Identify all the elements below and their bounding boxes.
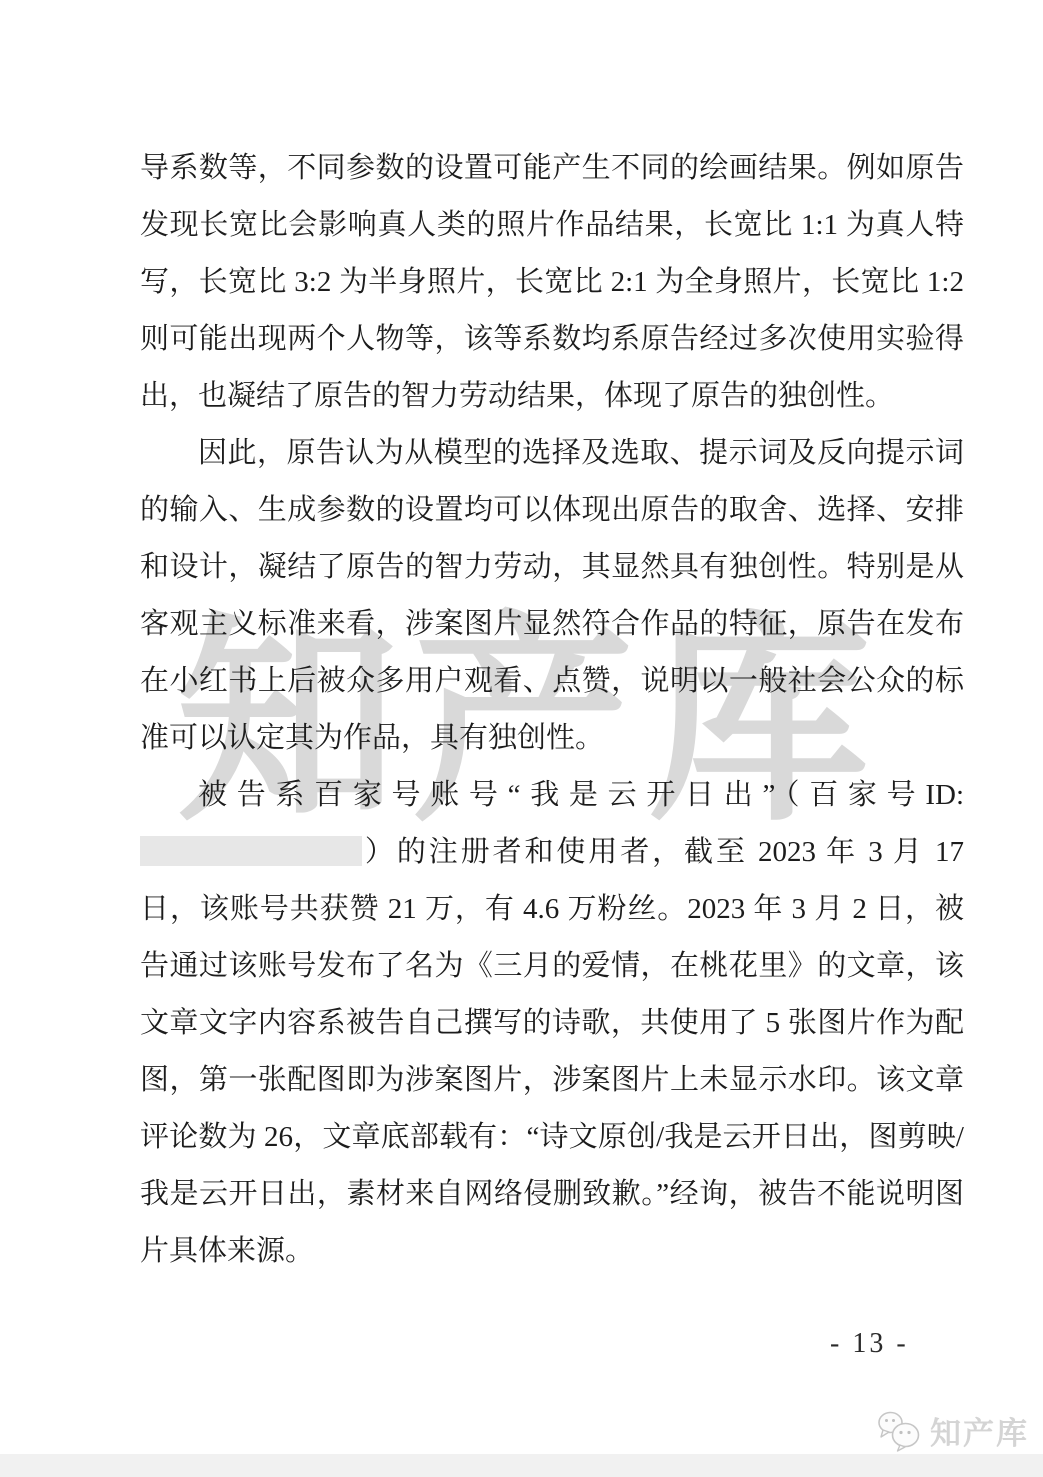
footer-logo-text: 知产库 — [930, 1408, 1029, 1453]
document-page: 知产库 导系数等，不同参数的设置可能产生不同的绘画结果。例如原告发现长宽比会影响… — [0, 0, 1043, 1477]
judgment-body-text: 导系数等，不同参数的设置可能产生不同的绘画结果。例如原告发现长宽比会影响真人类的… — [140, 140, 964, 1280]
redacted-account-id — [140, 836, 362, 866]
defendant-account-text-before-id: 被告系百家号账号“我是云开日出”（百家号ID: — [198, 779, 964, 811]
footer-logo: 知产库 — [876, 1408, 1029, 1453]
defendant-account-text-after-id: ）的注册者和使用者，截至 2023 年 3 月 17 日，该账号共获赞 21 万… — [140, 836, 964, 1267]
footer-bar — [0, 1454, 1043, 1477]
paragraph-defendant-account: 被告系百家号账号“我是云开日出”（百家号ID:）的注册者和使用者，截至 2023… — [140, 767, 964, 1280]
wechat-icon — [876, 1410, 922, 1452]
paragraph-aspect-ratio-parameters: 导系数等，不同参数的设置可能产生不同的绘画结果。例如原告发现长宽比会影响真人类的… — [140, 140, 964, 425]
page-number: - 13 - — [830, 1328, 909, 1360]
paragraph-originality-argument: 因此，原告认为从模型的选择及选取、提示词及反向提示词的输入、生成参数的设置均可以… — [140, 425, 964, 767]
